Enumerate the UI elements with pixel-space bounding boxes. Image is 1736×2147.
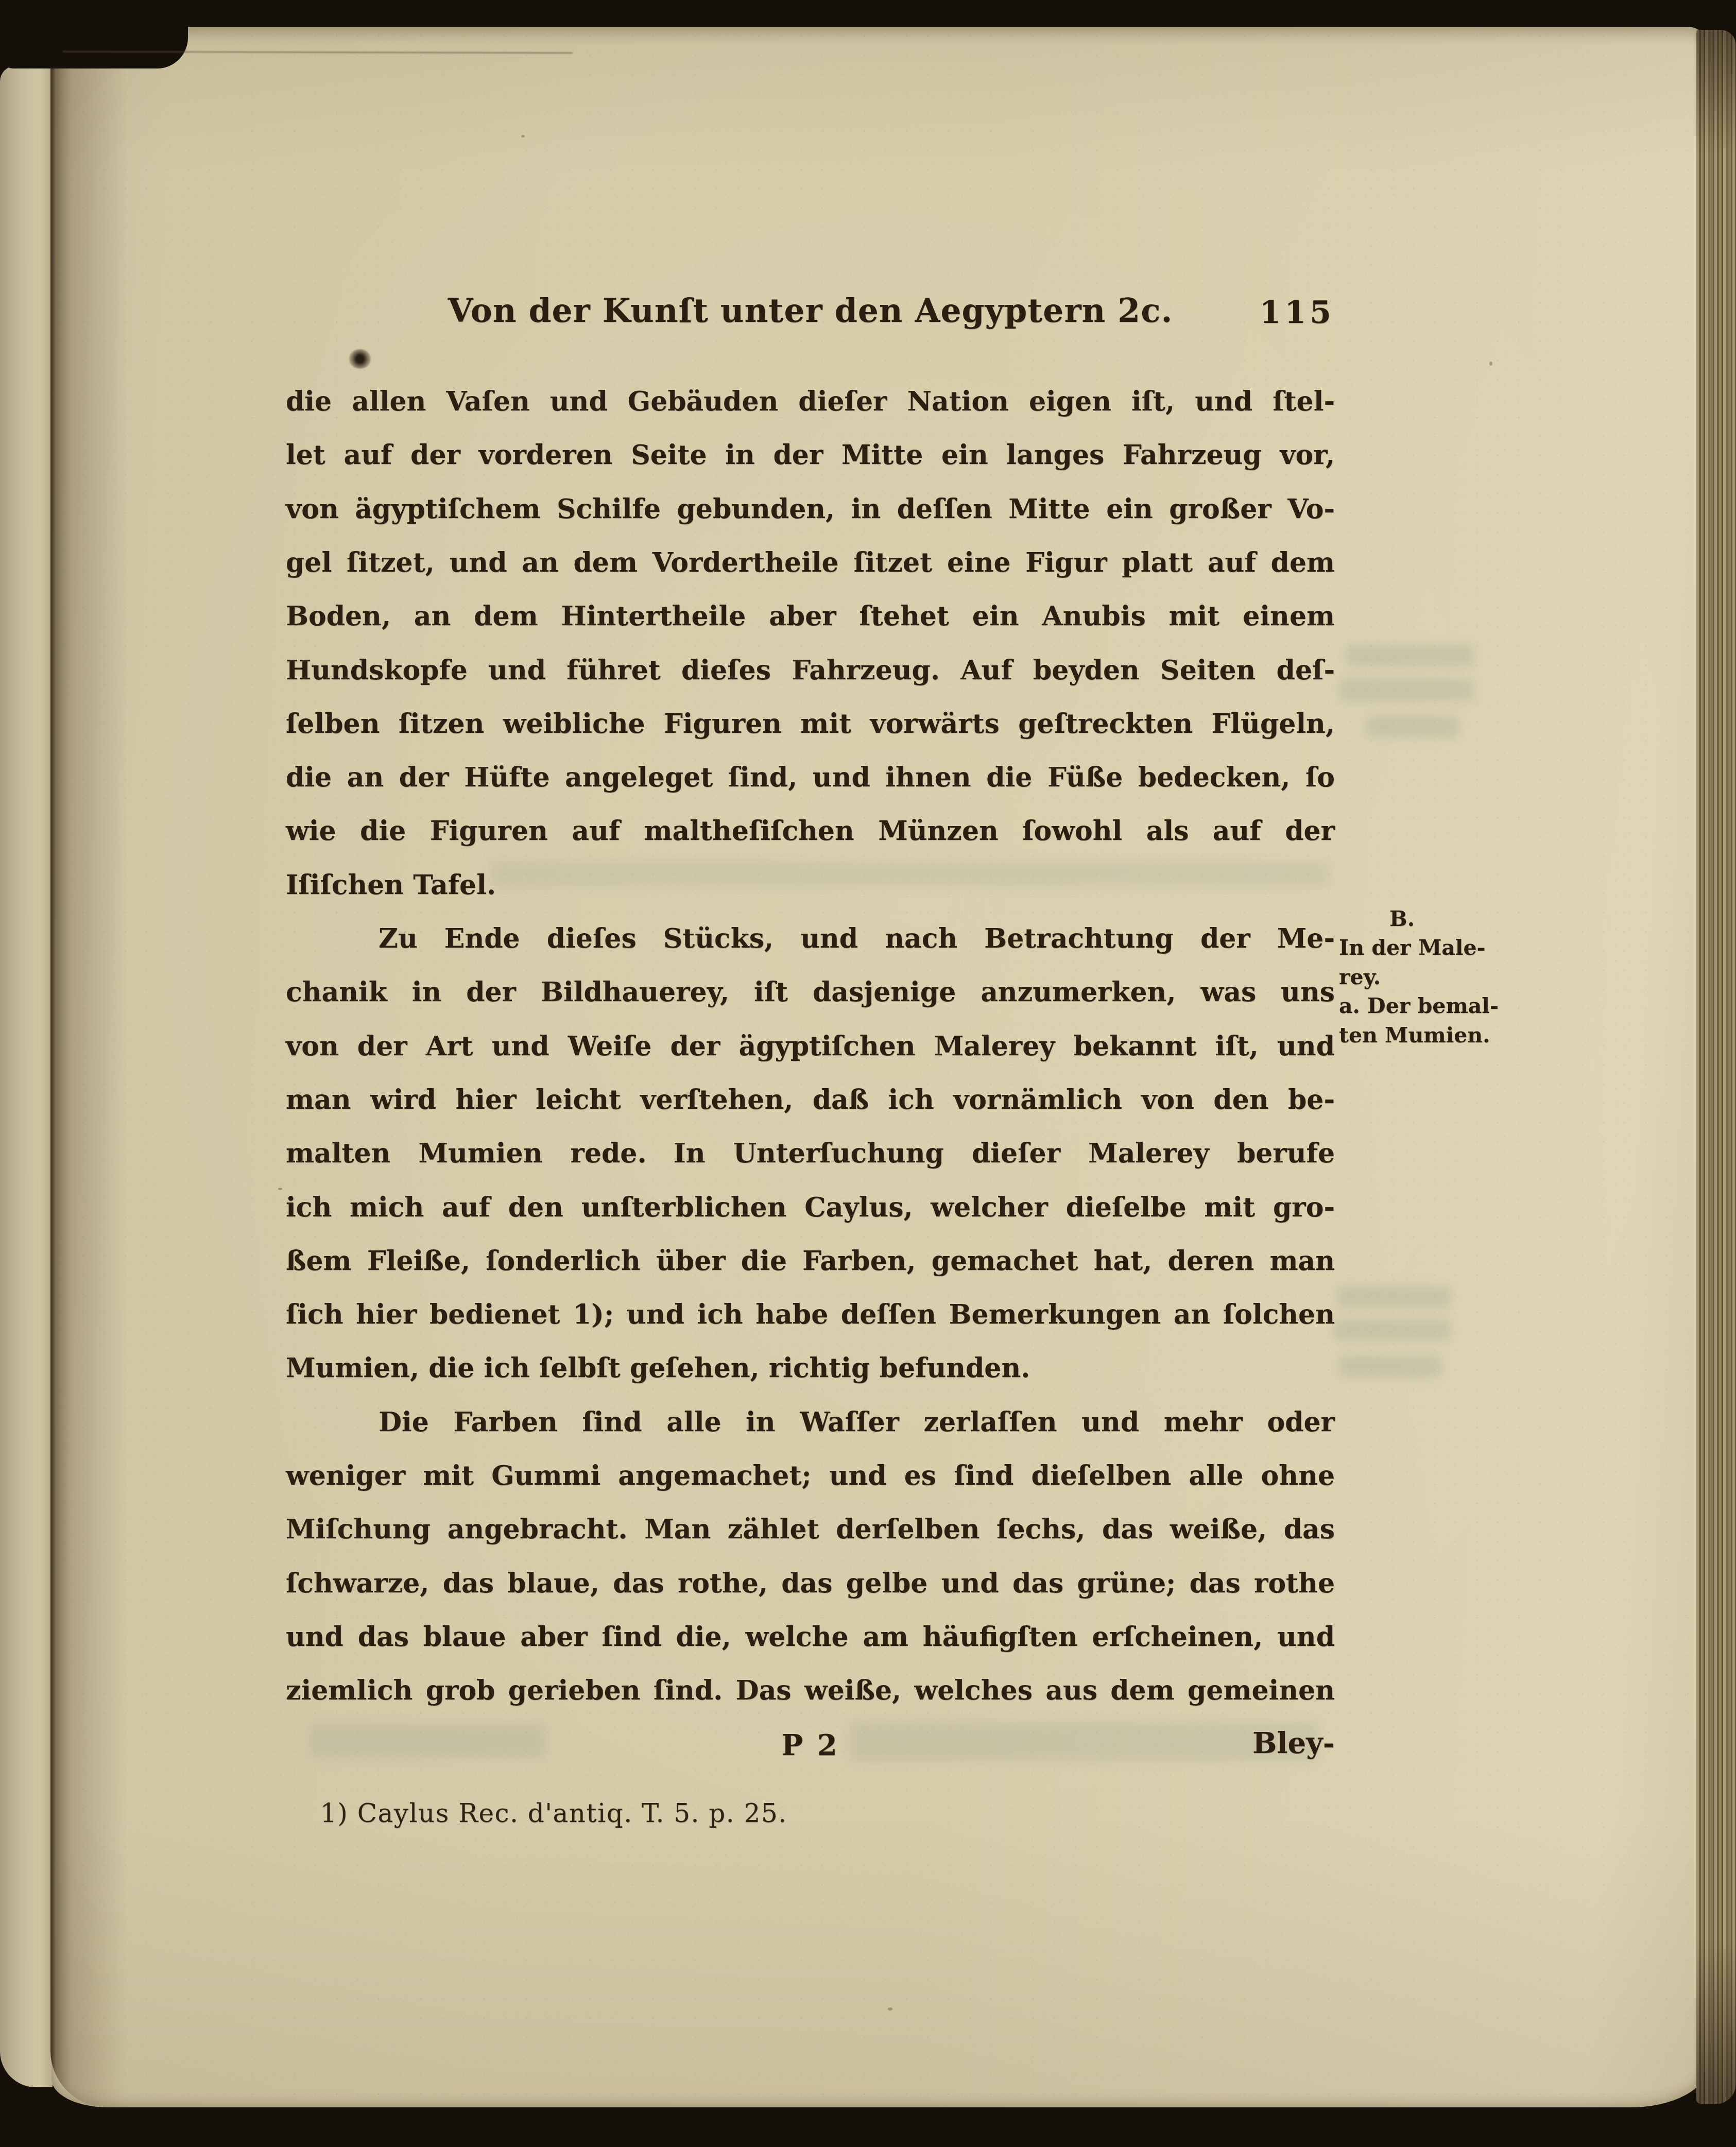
ghost-text-bleedthrough — [1339, 1355, 1442, 1377]
text-line: ßem Fleiße, ſonderlich über die Farben, … — [286, 1244, 1335, 1290]
ghost-text-bleedthrough — [1339, 679, 1474, 701]
ink-smudge — [349, 349, 371, 369]
text-line: von der Art und Weiſe der ägyptiſchen Ma… — [286, 1029, 1335, 1075]
catchword: Bley- — [1077, 1726, 1335, 1760]
text-line: ſelben ſitzen weibliche Figuren mit vorw… — [286, 707, 1335, 753]
running-header: Von der Kunſt unter den Aegyptern 2c. — [286, 291, 1335, 330]
margin-note-line: rey. — [1339, 966, 1509, 989]
text-line: man wird hier leicht verſtehen, daß ich … — [286, 1083, 1335, 1129]
text-line: und das blaue aber ſind die, welche am h… — [286, 1620, 1335, 1666]
ghost-text-bleedthrough — [1334, 1319, 1451, 1341]
margin-note-line: a. Der bemal- — [1339, 994, 1509, 1018]
margin-note-line: ten Mumien. — [1339, 1024, 1509, 1047]
ghost-text-bleedthrough — [1366, 716, 1459, 737]
text-line: ich mich auf den unſterblichen Caylus, w… — [286, 1190, 1335, 1236]
page-edge-stripes — [1696, 30, 1736, 2104]
text-line: ziemlich grob gerieben ſind. Das weiße, … — [286, 1673, 1335, 1720]
text-line: let auf der vorderen Seite in der Mitte … — [286, 438, 1335, 484]
paper-speck — [278, 1188, 282, 1190]
text-line: Mumien, die ich ſelbſt geſehen, richtig … — [286, 1351, 1335, 1397]
ghost-text-bleedthrough — [1337, 1286, 1451, 1308]
text-line: Iſiſchen Tafel. — [286, 868, 1335, 914]
text-line: Miſchung angebracht. Man zählet derſelbe… — [286, 1512, 1335, 1558]
text-line: weniger mit Gummi angemachet; und es ſin… — [286, 1458, 1335, 1505]
scanned-book-photo: { "document": { "header": { "title": "Vo… — [0, 0, 1736, 2147]
text-line: ſchwarze, das blaue, das rothe, das gelb… — [286, 1566, 1335, 1612]
margin-note-line: B. — [1339, 907, 1559, 931]
text-line: Hundskopfe und führet dieſes Fahrzeug. A… — [286, 653, 1335, 699]
text-line: Die Farben ſind alle in Waſſer zerlaſſen… — [286, 1405, 1335, 1451]
text-line: die allen Vaſen und Gebäuden dieſer Nati… — [286, 384, 1335, 431]
text-line: malten Mumien rede. In Unterſuchung dieſ… — [286, 1136, 1335, 1182]
footnote: 1) Caylus Rec. d'antiq. T. 5. p. 25. — [320, 1798, 1041, 1828]
ghost-text-bleedthrough — [1346, 645, 1474, 666]
gutter-shadow — [50, 27, 128, 2107]
text-line: Boden, an dem Hintertheile aber ſtehet e… — [286, 599, 1335, 645]
paper-speck — [521, 135, 525, 138]
text-line: chanik in der Bildhauerey, iſt dasjenige… — [286, 975, 1335, 1021]
text-line: Zu Ende dieſes Stücks, und nach Betracht… — [286, 921, 1335, 968]
margin-note-line: In der Male- — [1339, 936, 1509, 959]
paper-speck — [1489, 362, 1492, 366]
paper-speck — [888, 2007, 892, 2011]
page-number: 115 — [1180, 295, 1335, 331]
text-line: wie die Figuren auf maltheſiſchen Münzen… — [286, 814, 1335, 860]
text-line: gel ſitzet, und an dem Vordertheile ſitz… — [286, 545, 1335, 592]
background-corner — [0, 0, 188, 68]
previous-page-edge — [0, 66, 53, 2087]
text-line: die an der Hüfte angeleget ſind, und ihn… — [286, 760, 1335, 806]
text-line: ſich hier bedienet 1); und ich habe deſſ… — [286, 1297, 1335, 1344]
text-line: von ägyptiſchem Schilfe gebunden, in deſ… — [286, 492, 1335, 538]
